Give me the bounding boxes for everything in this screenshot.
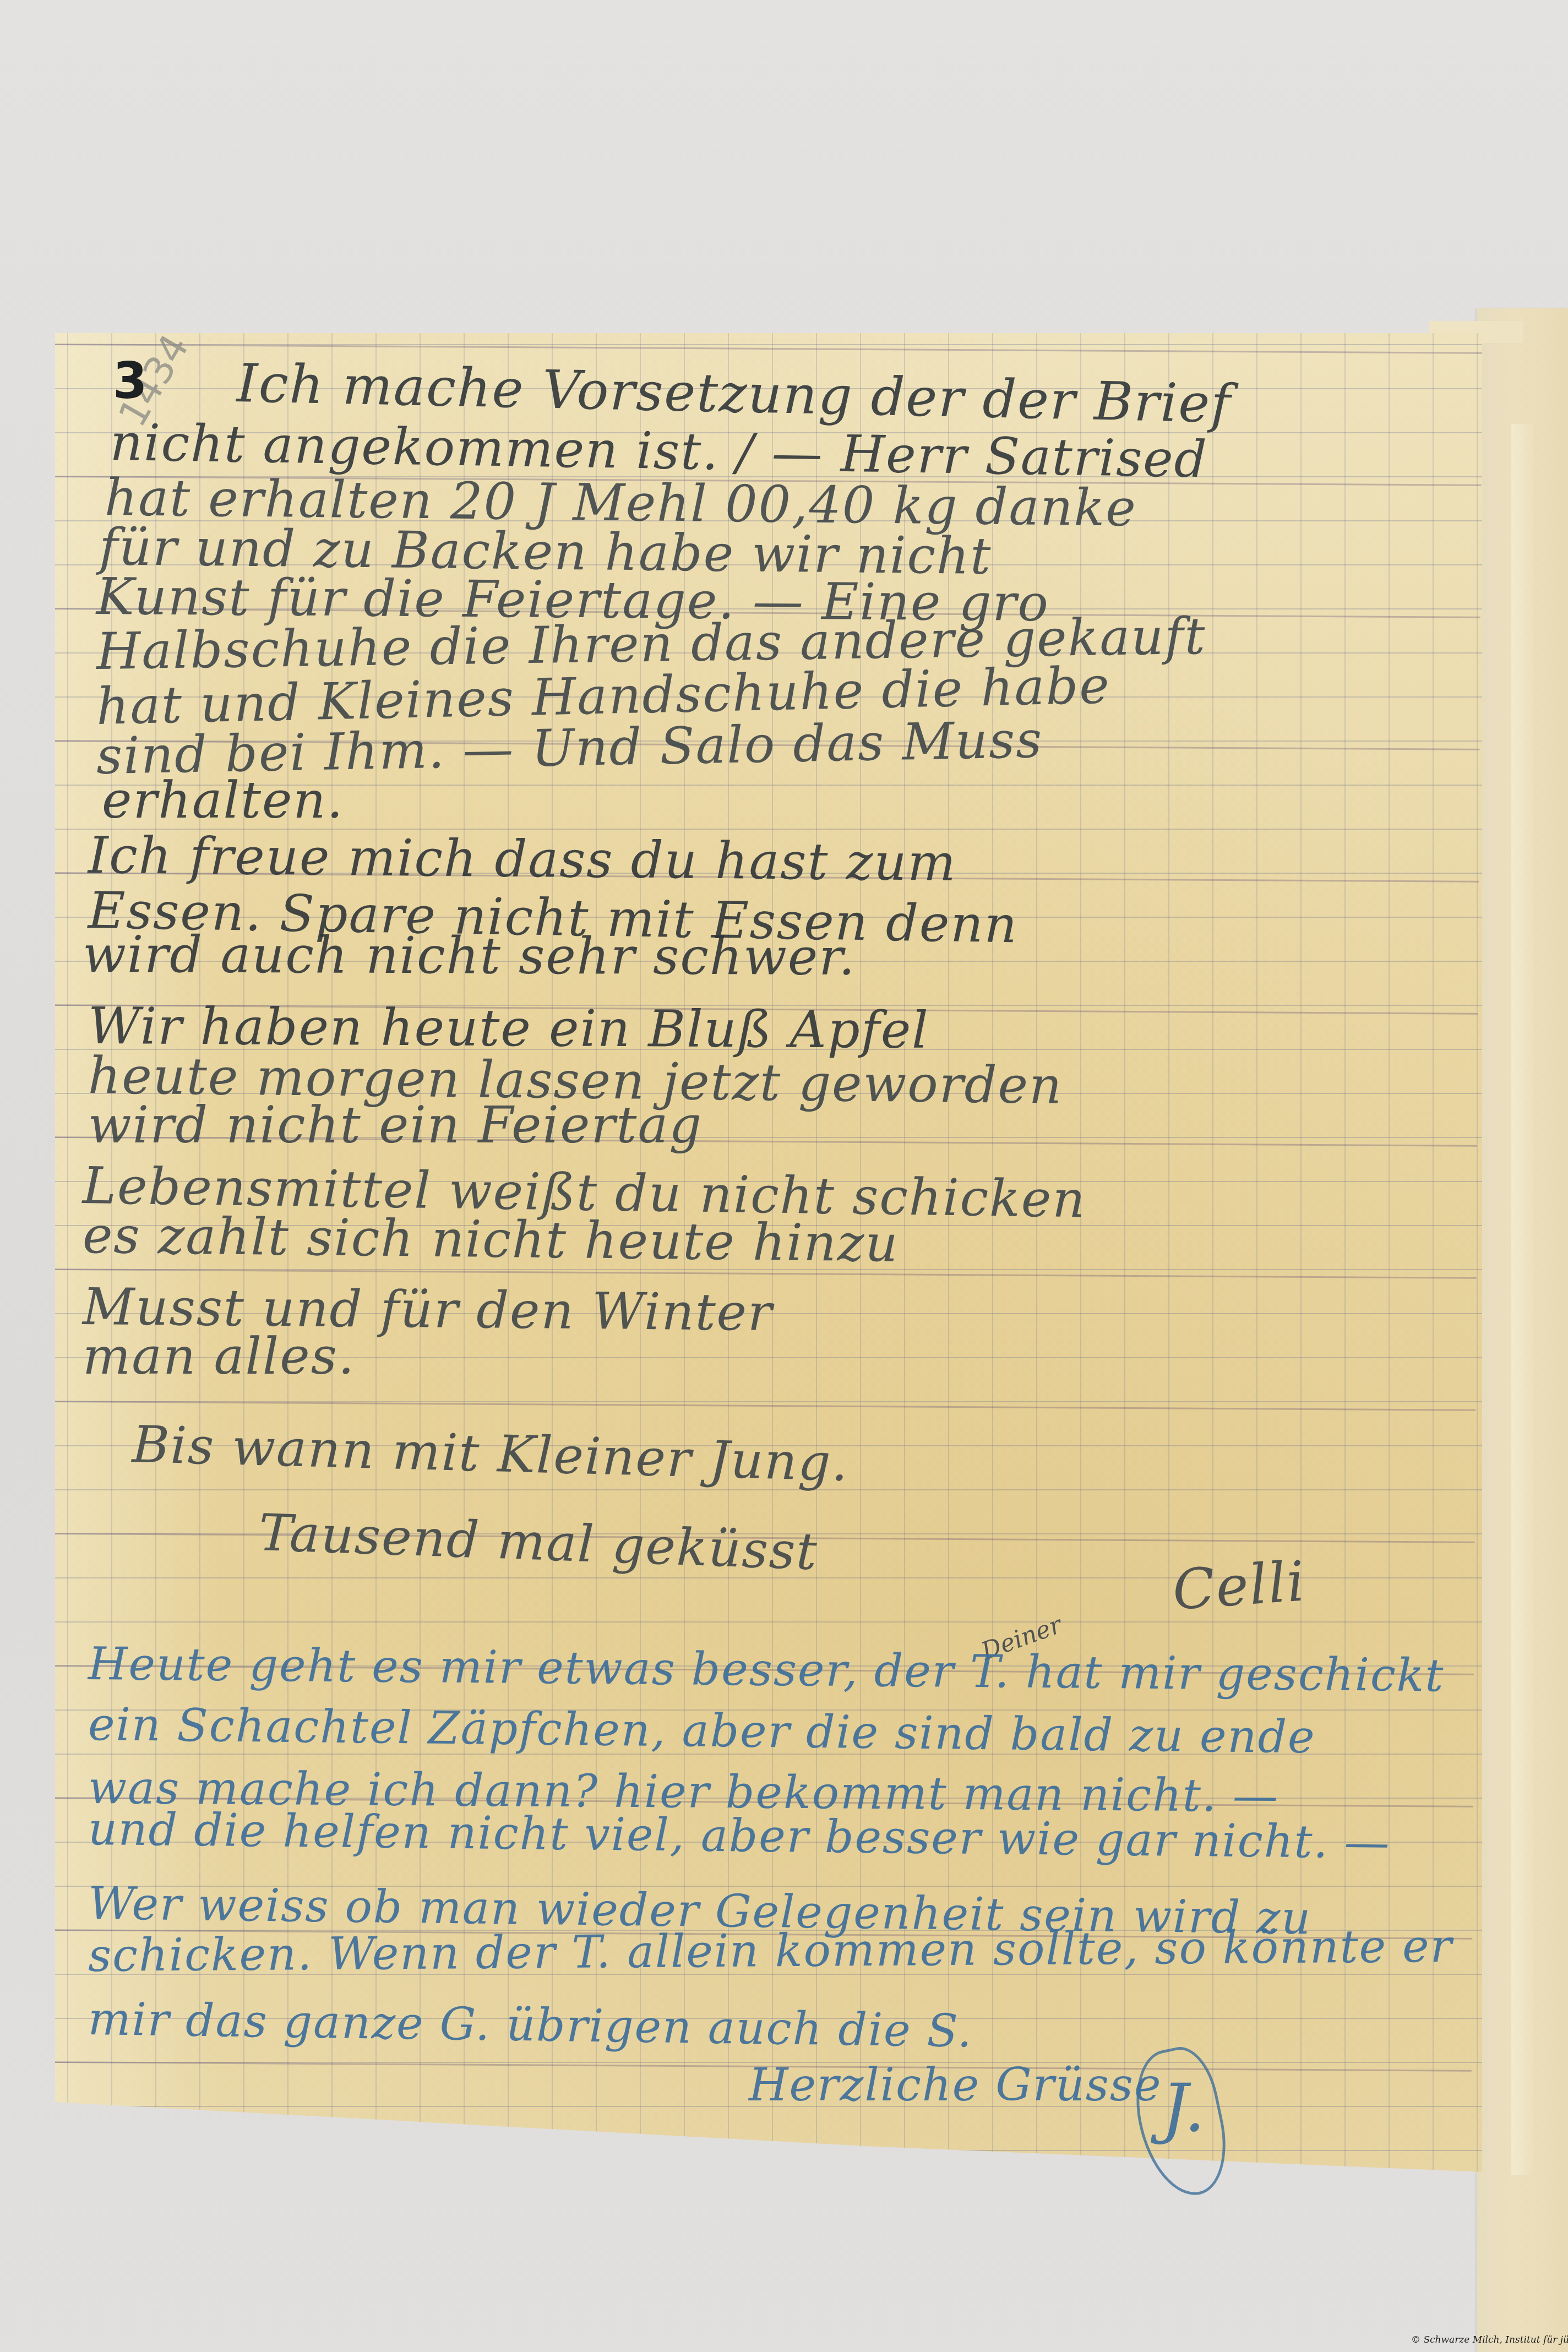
letter-line: wird nicht ein Feiertag xyxy=(88,1096,703,1155)
signature-celli: Celli xyxy=(1170,1549,1308,1623)
paper-fold xyxy=(1511,424,1533,2175)
letter-line: schicken. Wenn der T. allein kommen soll… xyxy=(88,1920,1453,1982)
copyright-notice: © Schwarze Milch, Institut für jüdische … xyxy=(1411,2334,1568,2345)
letter-closing-line: Herzliche Grüsse xyxy=(749,2059,1162,2111)
letter-line: man alles. xyxy=(83,1327,355,1386)
letter-line: erhalten. xyxy=(102,771,344,830)
letter-line: wird auch nicht sehr schwer. xyxy=(83,925,856,987)
letter-line: es zahlt sich nicht heute hinzu xyxy=(82,1206,899,1273)
letter-line: Ich freue mich dass du hast zum xyxy=(88,826,957,892)
page-number: 3 xyxy=(113,352,148,410)
